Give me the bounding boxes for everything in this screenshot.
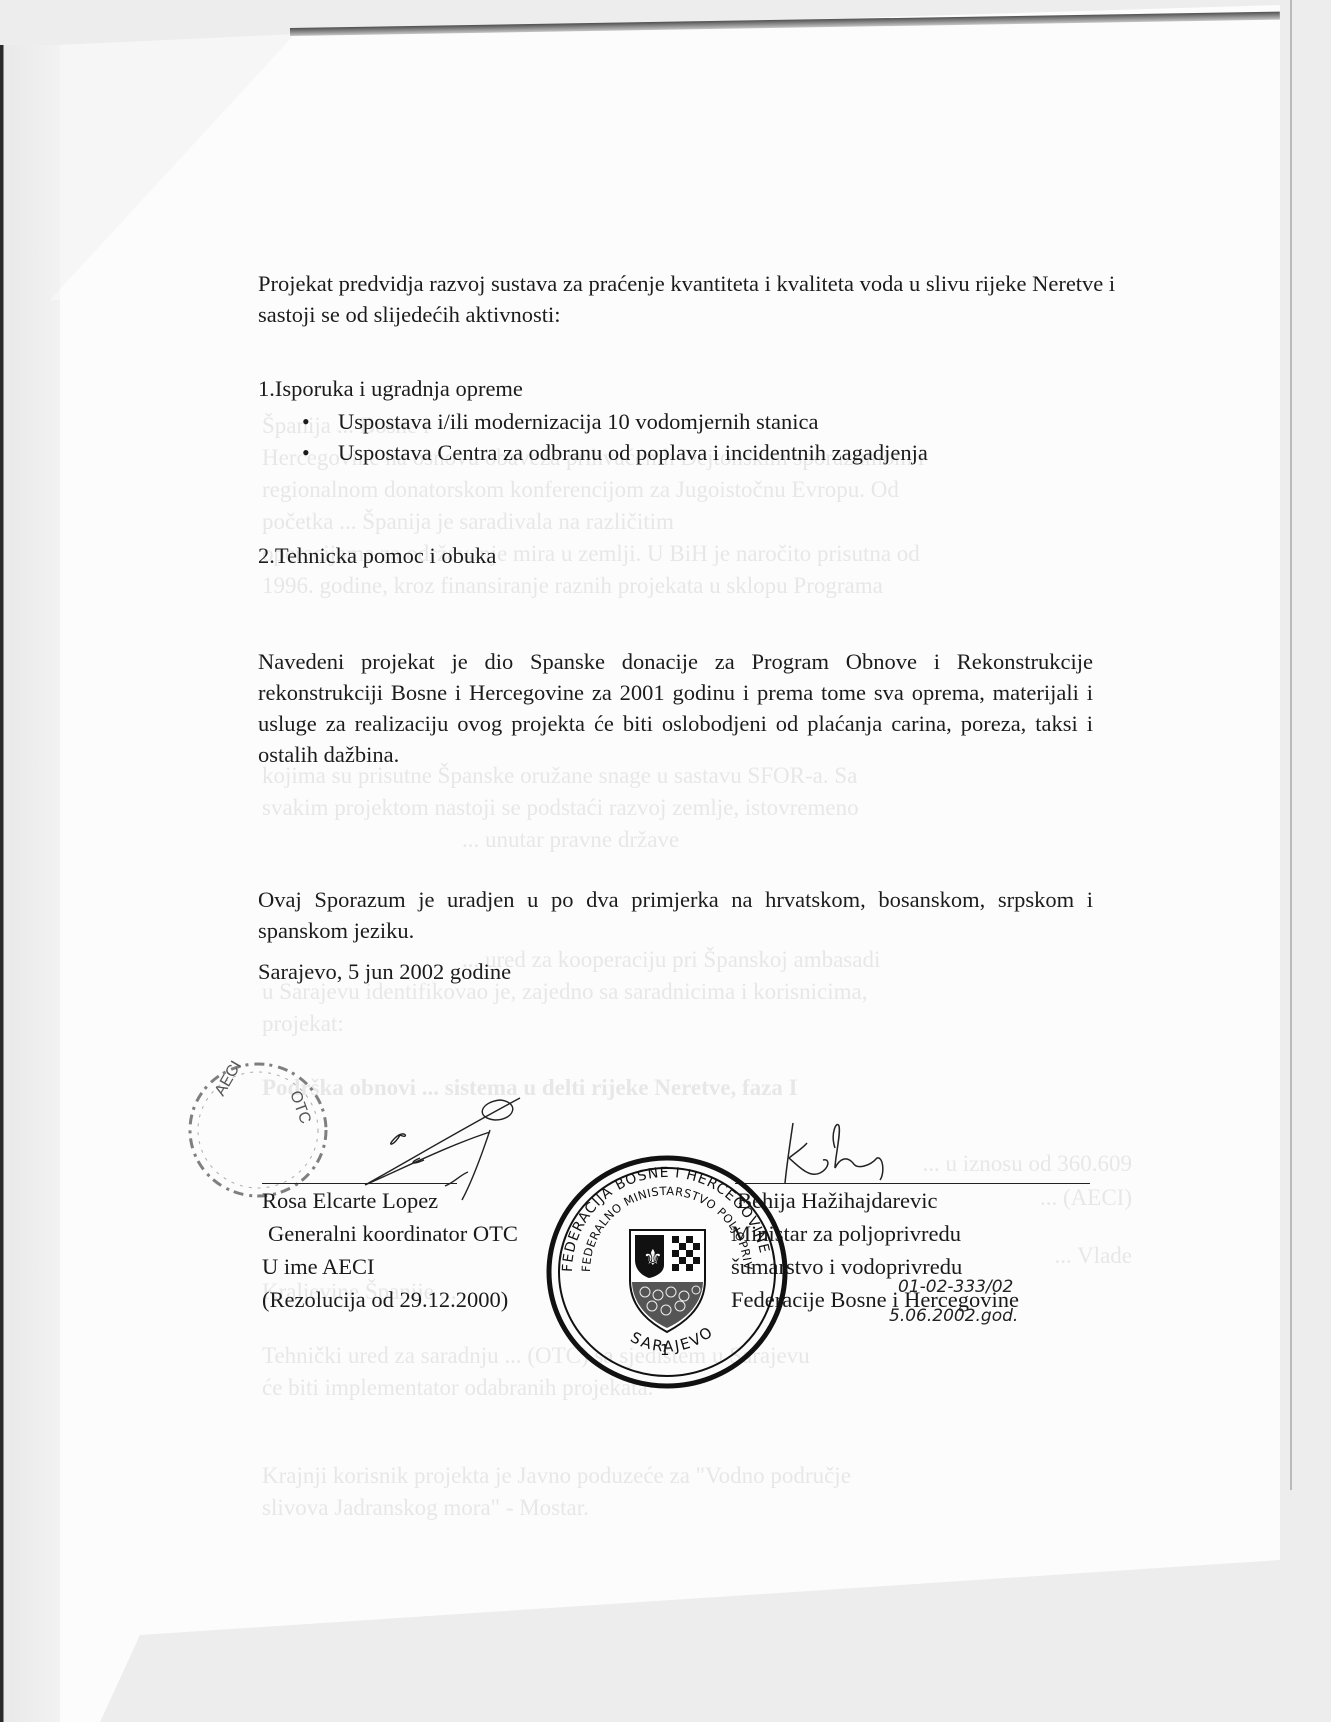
handwritten-reference-number: 01-02-333/02 bbox=[898, 1277, 1013, 1297]
page-right-edge bbox=[1290, 0, 1292, 1490]
signatory-name: Rosa Elcarte Lopez bbox=[262, 1184, 518, 1217]
document-page bbox=[0, 0, 1280, 1722]
activity-1-heading: 1.Isporuka i ugradnja opreme bbox=[258, 373, 523, 404]
scanner-edge bbox=[0, 45, 60, 1722]
bullet-item: Uspostava i/ili modernizacija 10 vodomje… bbox=[300, 406, 1080, 437]
handwritten-reference-date: 5.06.2002.god. bbox=[889, 1306, 1018, 1326]
svg-text:⚜: ⚜ bbox=[643, 1246, 663, 1271]
donation-paragraph: Navedeni projekat je dio Spanske donacij… bbox=[258, 646, 1093, 770]
signatory-on-behalf: U ime AECI bbox=[262, 1250, 518, 1283]
signatory-resolution: (Rezolucija od 29.12.2000) bbox=[262, 1283, 518, 1316]
copies-paragraph: Ovaj Sporazum je uradjen u po dva primje… bbox=[258, 884, 1093, 946]
ministry-stamp: FEDERACIJA BOSNE I HERCEGOVINE FEDERALNO… bbox=[540, 1150, 795, 1395]
stamp-text: OTC bbox=[286, 1089, 314, 1127]
activity-2-heading: 2.Tehnicka pomoc i obuka bbox=[258, 540, 496, 571]
intro-paragraph: Projekat predvidja razvoj sustava za pra… bbox=[258, 268, 1118, 330]
place-date: Sarajevo, 5 jun 2002 godine bbox=[258, 956, 511, 987]
left-signatory-block: Rosa Elcarte Lopez Generalni koordinator… bbox=[262, 1184, 518, 1316]
signatory-title: Generalni koordinator OTC bbox=[262, 1217, 518, 1250]
bullet-item: Uspostava Centra za odbranu od poplava i… bbox=[300, 437, 1080, 468]
activity-1-bullet-list: Uspostava i/ili modernizacija 10 vodomje… bbox=[300, 406, 1080, 468]
